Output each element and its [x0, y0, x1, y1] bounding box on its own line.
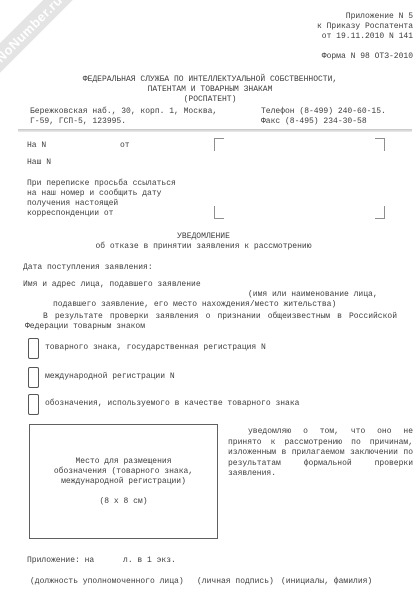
attachment-line: Приложение: на л. в 1 экз. [27, 556, 176, 566]
signature-name-label: (инициалы, фамилия) [281, 577, 372, 587]
checkbox-designation-used-as-trademark[interactable] [28, 394, 39, 415]
corner-mark-icon [214, 138, 224, 151]
mark-placeholder-box: Место для размещения обозначения (товарн… [29, 424, 218, 539]
address-window [214, 138, 385, 219]
mark-placeholder-size: (8 x 8 см) [99, 497, 147, 507]
corner-mark-icon [375, 138, 385, 151]
watermark-text: NoNumber.ru [0, 0, 64, 64]
check-intro-paragraph: В результате проверки заявления о призна… [25, 312, 397, 332]
checkbox-trademark-registration[interactable] [28, 338, 39, 359]
annex-reference: Приложение N 5 к Приказу Роспатента от 1… [317, 12, 413, 42]
checkbox-international-registration-label: международной регистрации N [45, 372, 175, 382]
corner-mark-icon [375, 206, 385, 219]
watermark-ribbon: NoNumber.ru [0, 0, 83, 83]
agency-name: ФЕДЕРАЛЬНАЯ СЛУЖБА ПО ИНТЕЛЛЕКТУАЛЬНОЙ С… [0, 75, 420, 105]
agency-address: Бережковская наб., 30, корп. 1, Москва, … [30, 107, 217, 127]
signature-personal-label: (личная подпись) [197, 577, 274, 587]
our-number-label: Наш N [27, 158, 51, 168]
separator-line [18, 129, 412, 132]
filing-date-label: Дата поступления заявления: [23, 263, 153, 273]
corner-mark-icon [214, 206, 224, 219]
correspondence-note: При переписке просьба ссылаться на наш н… [27, 179, 176, 219]
agency-contacts: Телефон (8-499) 240-60-15. Факс (8-495) … [261, 107, 386, 127]
signature-position-label: (должность уполномоченного лица) [30, 577, 184, 587]
checkbox-trademark-registration-label: товарного знака, государственная регистр… [45, 343, 266, 353]
document-page: NoNumber.ru Приложение N 5 к Приказу Рос… [0, 0, 420, 600]
incoming-date-label: от [120, 141, 130, 151]
form-number: Форма N 98 ОТЗ-2010 [322, 52, 413, 62]
checkbox-designation-used-as-trademark-label: обозначения, используемого в качестве то… [45, 399, 299, 409]
applicant-label: Имя и адрес лица, подавшего заявление [23, 280, 201, 290]
document-title: УВЕДОМЛЕНИЕ [20, 232, 387, 242]
agency-phone: Телефон (8-499) 240-60-15. [261, 107, 386, 117]
agency-fax: Факс (8-495) 234-30-58 [261, 117, 386, 127]
refusal-notice-paragraph: уведомляю о том, что оно не принято к ра… [228, 427, 413, 480]
applicant-hint-line1: (имя или наименование лица, [248, 290, 378, 300]
mark-placeholder-text: Место для размещения обозначения (товарн… [54, 457, 193, 487]
applicant-hint-line2: подавшего заявление, его место нахождени… [53, 300, 336, 310]
incoming-number-label: На N [27, 141, 46, 151]
document-subtitle: об отказе в принятии заявления к рассмот… [20, 242, 387, 252]
checkbox-international-registration[interactable] [28, 367, 39, 388]
